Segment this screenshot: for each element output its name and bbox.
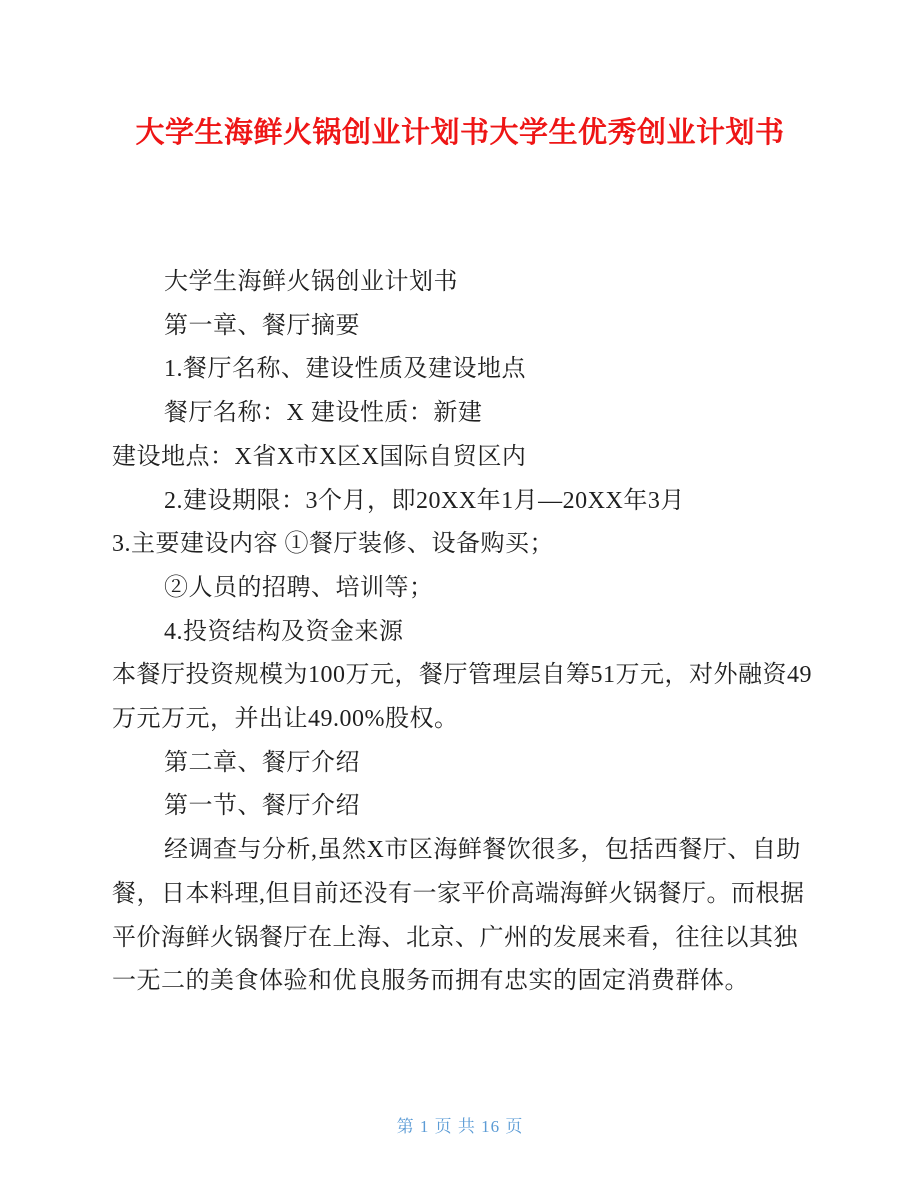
body-line: 万元万元，并出让49.00%股权。 <box>112 698 808 742</box>
body-line: 4.投资结构及资金来源 <box>112 611 808 655</box>
body-line: ②人员的招聘、培训等； <box>112 567 808 611</box>
body-line: 大学生海鲜火锅创业计划书 <box>112 261 808 305</box>
body-line: 一无二的美食体验和优良服务而拥有忠实的固定消费群体。 <box>112 960 808 1004</box>
body-line: 1.餐厅名称、建设性质及建设地点 <box>112 348 808 392</box>
document-page: 大学生海鲜火锅创业计划书大学生优秀创业计划书 大学生海鲜火锅创业计划书第一章、餐… <box>0 0 920 1191</box>
body-line: 第二章、餐厅介绍 <box>112 742 808 786</box>
body-line: 3.主要建设内容 ①餐厅装修、设备购买； <box>112 523 808 567</box>
document-body: 大学生海鲜火锅创业计划书第一章、餐厅摘要1.餐厅名称、建设性质及建设地点餐厅名称… <box>112 261 808 1004</box>
page-footer: 第 1 页 共 16 页 <box>0 1116 920 1138</box>
body-line: 第一节、餐厅介绍 <box>112 785 808 829</box>
body-line: 第一章、餐厅摘要 <box>112 305 808 349</box>
document-title: 大学生海鲜火锅创业计划书大学生优秀创业计划书 <box>112 105 808 161</box>
body-line: 餐厅名称：X 建设性质：新建 <box>112 392 808 436</box>
body-line: 经调查与分析,虽然X市区海鲜餐饮很多，包括西餐厅、自助 <box>112 829 808 873</box>
body-line: 餐，日本料理,但目前还没有一家平价高端海鲜火锅餐厅。而根据 <box>112 873 808 917</box>
body-line: 建设地点：X省X市X区X国际自贸区内 <box>112 436 808 480</box>
body-line: 2.建设期限：3个月，即20XX年1月—20XX年3月 <box>112 480 808 524</box>
page-number-text: 第 1 页 共 16 页 <box>397 1117 524 1136</box>
body-line: 平价海鲜火锅餐厅在上海、北京、广州的发展来看，往往以其独 <box>112 917 808 961</box>
body-line: 本餐厅投资规模为100万元，餐厅管理层自筹51万元，对外融资49 <box>112 654 808 698</box>
